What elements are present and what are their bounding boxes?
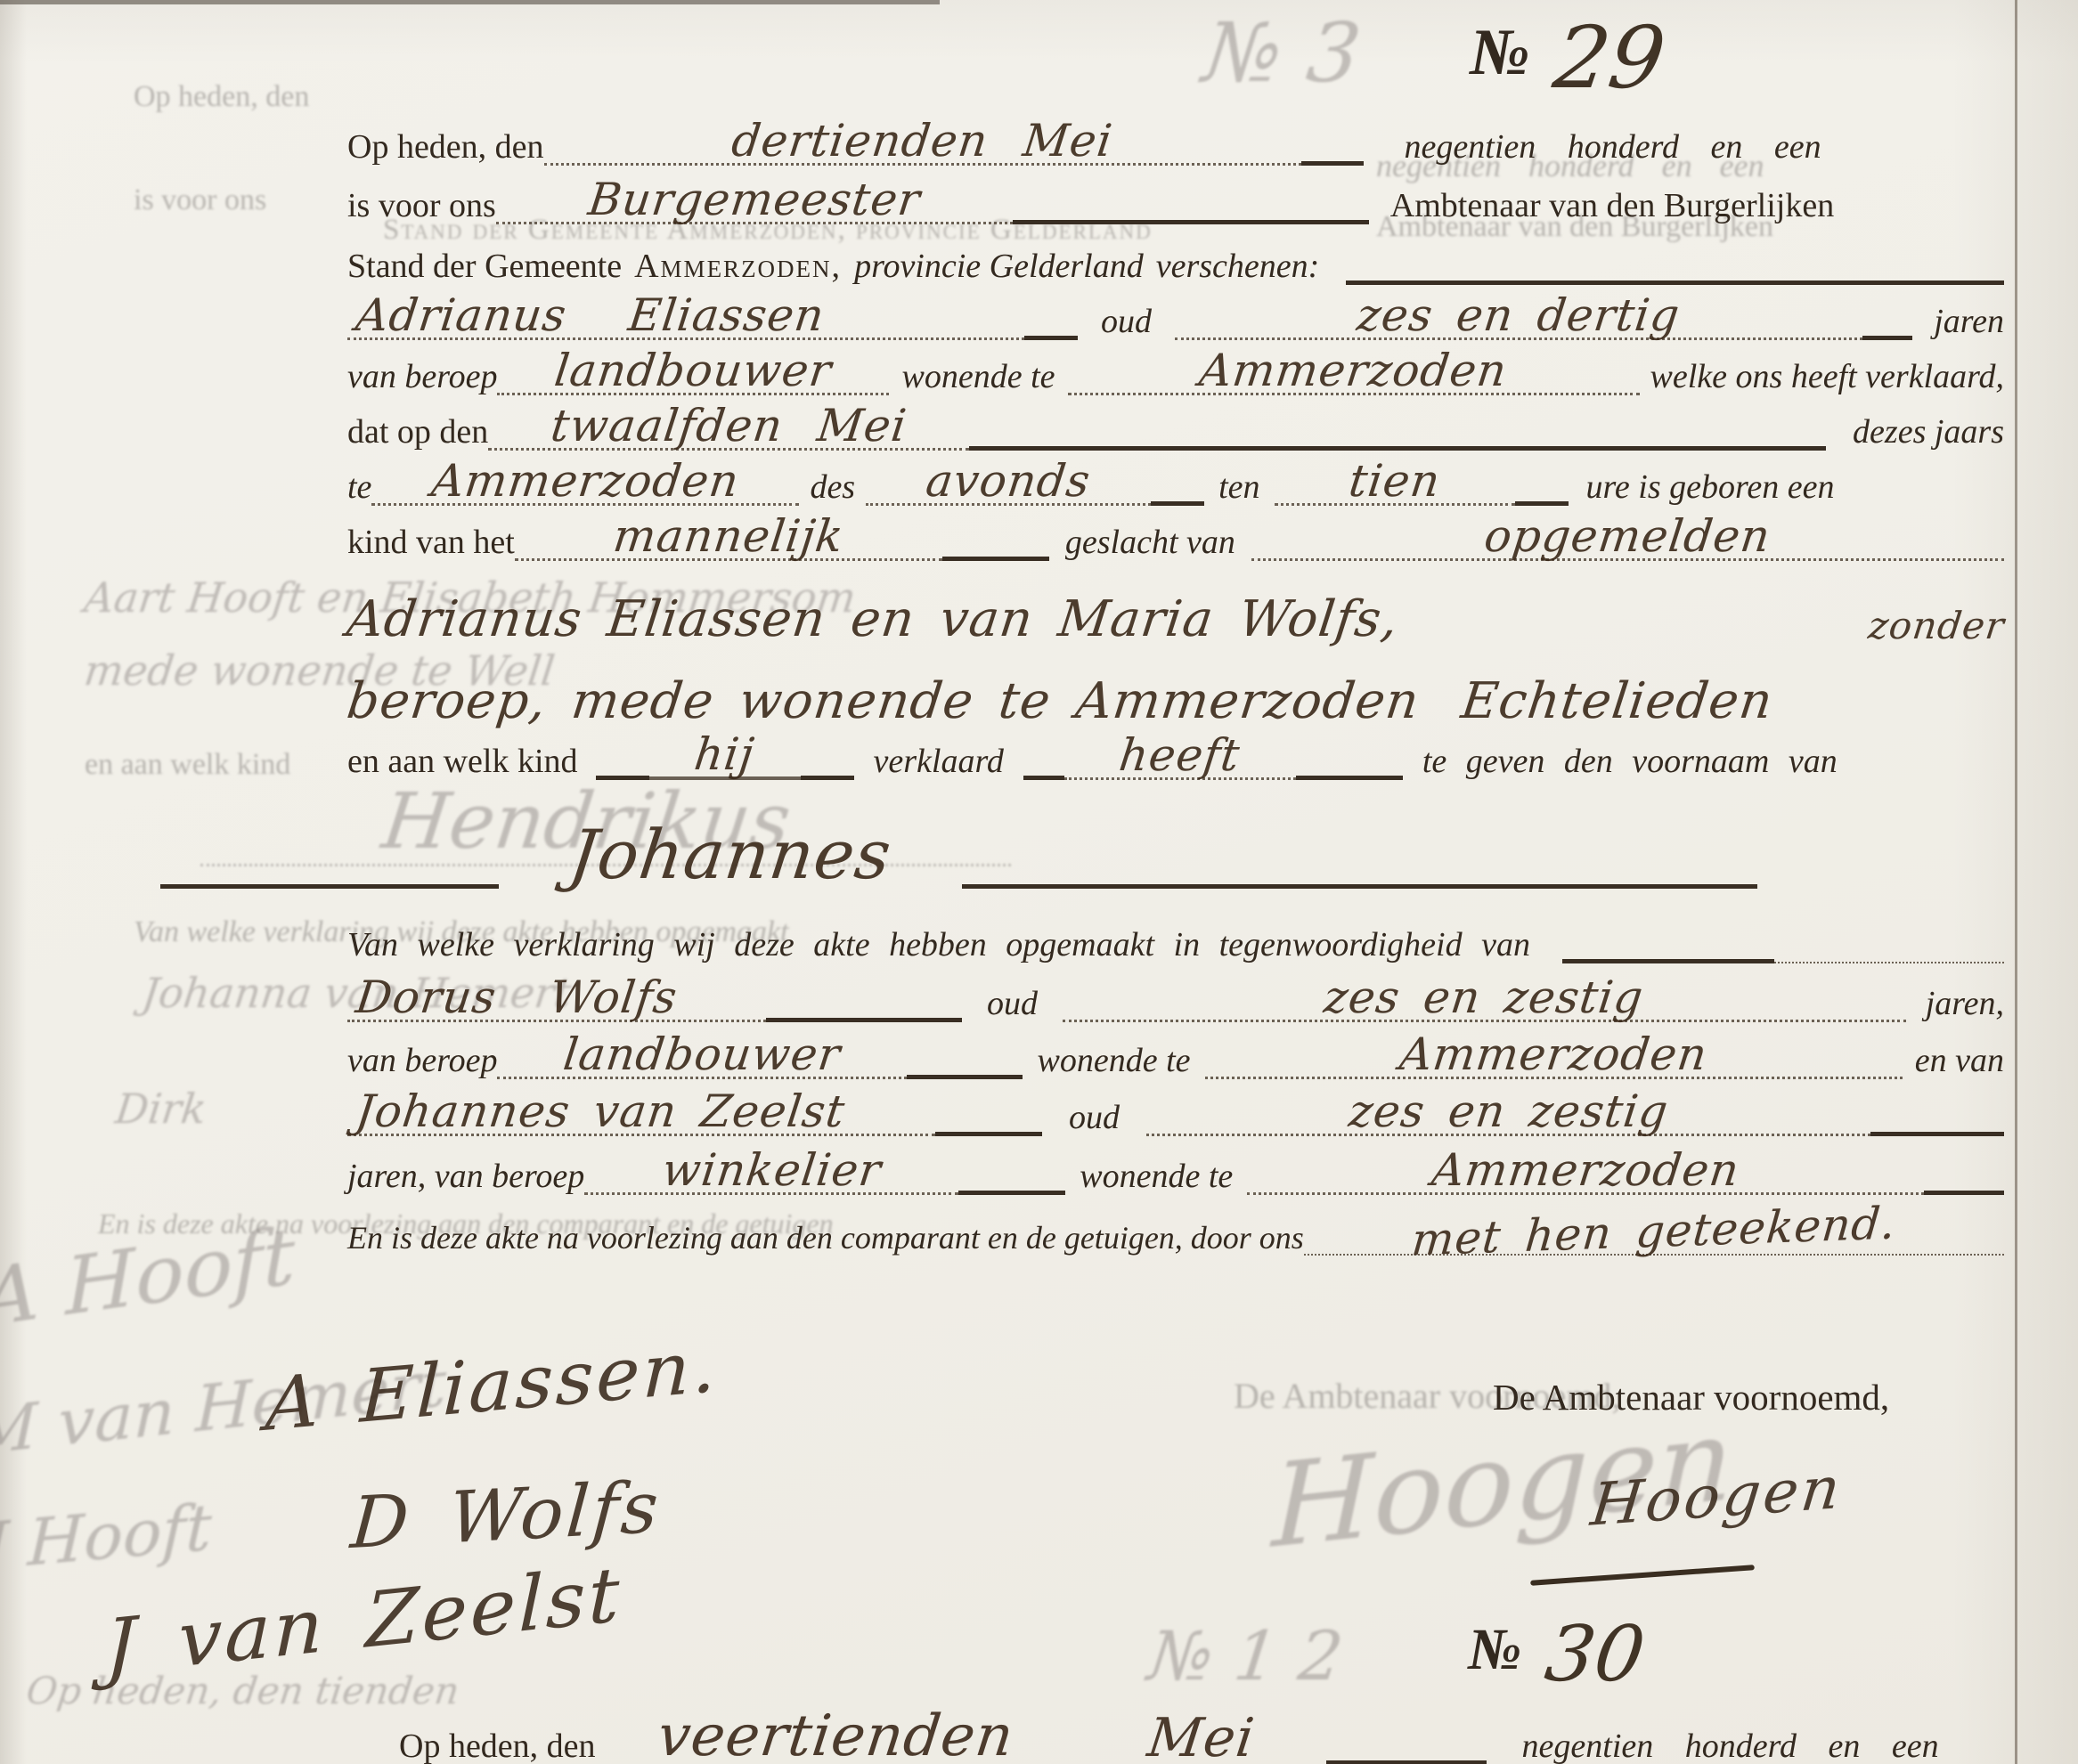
printed-text: wonende te <box>1080 1159 1233 1195</box>
bleed-through-text: is voor ons <box>134 185 266 215</box>
right-margin-rule <box>2015 0 2017 1764</box>
field-heeft: heeft <box>1064 724 1296 780</box>
printed-text: is voor ons <box>347 189 496 224</box>
printed-text: geslacht van <box>1065 525 1235 561</box>
field-witness1-age: zes en zestig <box>1063 966 1906 1022</box>
written-witness1-first: Dorus <box>354 975 499 1020</box>
printed-text: wonende te <box>1037 1044 1190 1079</box>
signature-flourish <box>1530 1565 1755 1586</box>
field-of-parents: opgemelden <box>1251 505 2004 561</box>
written-zonder: zonder <box>1866 607 2006 645</box>
printed-text: te geven den voornaam van <box>1422 744 1838 780</box>
printed-text: te <box>347 470 371 506</box>
printed-text: van beroep <box>347 1044 497 1079</box>
field-witness2-residence: Ammerzoden <box>1247 1139 1924 1195</box>
line-witness1-occupation: van beroep landbouwer wonende te Ammerzo… <box>347 1026 2004 1079</box>
written-given-name: Johannes <box>566 821 895 889</box>
field-hij: hij <box>649 723 801 780</box>
line-municipality: Stand der Gemeente Ammerzoden, provincie… <box>347 232 2004 285</box>
line-parents: Adrianus Eliassen en van Maria Wolfs, zo… <box>347 570 2004 645</box>
printed-text: jaren, <box>1926 987 2004 1022</box>
printed-text: ten <box>1218 470 1259 506</box>
numero-sign: № <box>1468 1621 1521 1679</box>
written-witness2-residence: Ammerzoden <box>1430 1148 1742 1192</box>
signature-declarant: A Eliassen. <box>265 1330 720 1443</box>
written-heeft: heeft <box>1117 733 1243 777</box>
printed-text: Stand der Gemeente <box>347 249 622 285</box>
written-month: Mei <box>1021 118 1115 163</box>
printed-text: verschenen: <box>1156 249 1320 285</box>
printed-text: dezes jaars <box>1853 415 2004 451</box>
printed-text: negentien honderd en een <box>1405 130 1821 166</box>
pen-rule <box>1013 219 1369 224</box>
printed-text: verklaard <box>874 744 1004 780</box>
written-birth-place: Ammerzoden <box>429 459 742 503</box>
line-witness-intro: Van welke verklaring wij deze akte hebbe… <box>347 910 2004 963</box>
field-birth-place: Ammerzoden <box>371 450 799 506</box>
bleed-through-text: Op heden, den <box>134 82 309 112</box>
printed-text: jaren <box>1934 305 2004 340</box>
signature-witness2: J van Zeelst <box>104 1557 623 1687</box>
printed-text: en aan welk kind <box>347 744 578 780</box>
printed-text: en van <box>1915 1044 2004 1079</box>
written-occupation: landbouwer <box>552 348 835 393</box>
bleed-through-text: A Hooft <box>0 1216 296 1339</box>
written-birth-day: twaalfden <box>548 403 785 448</box>
printed-text: oud <box>1101 305 1152 340</box>
pen-rule <box>1023 775 1064 780</box>
field-residence: Ammerzoden <box>1068 339 1640 395</box>
line-birth-date: dat op den twaalfden Mei dezes jaars <box>347 397 2004 451</box>
record-number-value: 29 <box>1550 20 1669 96</box>
pen-rule <box>942 556 1049 561</box>
line-witness1: Dorus Wolfs oud zes en zestig jaren, <box>347 969 2004 1022</box>
printed-text: ure is geboren een <box>1586 470 1835 506</box>
written-of-parents: opgemelden <box>1482 514 1773 558</box>
field-birth-day: twaalfden Mei <box>488 394 969 451</box>
written-parents-residence: beroep, mede wonende te Ammerzoden <box>345 677 1422 727</box>
written-witness1-last: Wolfs <box>547 975 680 1020</box>
pen-rule <box>766 1017 962 1022</box>
pen-rule <box>160 883 499 889</box>
line-date: Op heden, den dertienden Mei negentien h… <box>347 112 2004 166</box>
printed-text: oud <box>987 987 1038 1022</box>
line-birth-place-time: te Ammerzoden des avonds ten tien ure is… <box>347 452 2004 506</box>
printed-text: kind van het <box>347 525 515 561</box>
printed-text: En is deze akte na voorlezing aan den co… <box>347 1222 1304 1256</box>
printed-text: jaren, van beroep <box>347 1159 584 1195</box>
printed-text: oud <box>1069 1101 1120 1136</box>
field-witness1-name: Dorus Wolfs <box>347 966 766 1022</box>
official-title-line: De Ambtenaar voornoemd, <box>1493 1378 1889 1417</box>
written-witness2-age: zes en zestig <box>1346 1089 1670 1134</box>
pen-rule <box>907 1074 1023 1079</box>
printed-municipality: Ammerzoden, <box>634 249 842 285</box>
pen-rule <box>958 1190 1065 1195</box>
field-official-title: Burgemeester <box>496 168 1013 224</box>
written-age: zes en dertig <box>1355 293 1683 337</box>
field-witness1-residence: Ammerzoden <box>1205 1023 1903 1079</box>
field-occupation: landbouwer <box>497 339 889 395</box>
line-name-declaration: en aan welk kind hij verklaard heeft te … <box>347 727 2004 780</box>
bleed-through-text: № 3 <box>1199 12 1365 94</box>
field-blank <box>1774 908 2004 963</box>
written-witness2-name: Johannes van Zeelst <box>354 1089 848 1134</box>
line-occupation: van beroep landbouwer wonende te Ammerzo… <box>347 342 2004 395</box>
field-witness2-name: Johannes van Zeelst <box>347 1080 935 1136</box>
written-official-title: Burgemeester <box>586 177 923 222</box>
line-given-name: Johannes <box>160 803 1757 889</box>
field-hour: tien <box>1275 450 1515 506</box>
line-next-act-date: Op heden, den veertienden Mei negentien … <box>347 1708 2004 1764</box>
printed-text: Op heden, den <box>347 130 544 166</box>
written-hour: tien <box>1347 459 1443 503</box>
line-child-sex: kind van het mannelijk geslacht van opge… <box>347 508 2004 561</box>
printed-text: welke ons heeft verklaard, <box>1650 360 2004 395</box>
field-closing: met hen geteekend. <box>1304 1200 2004 1256</box>
pen-rule <box>1924 1190 2004 1195</box>
printed-text: Ambtenaar van den Burgerlijken <box>1390 189 1834 224</box>
written-witness1-occupation: landbouwer <box>561 1032 843 1077</box>
printed-text: provincie Gelderland <box>854 249 1144 285</box>
numero-sign: № <box>1470 20 1530 85</box>
bleed-through-text: Dirk <box>113 1088 208 1129</box>
written-hij: hij <box>692 732 757 776</box>
written-day-part: avonds <box>924 459 1093 503</box>
written-last-name: Eliassen <box>626 293 827 337</box>
written-closing: met hen geteekend. <box>1410 1201 1898 1263</box>
bleed-through-text: № 1 2 <box>1145 1622 1346 1690</box>
printed-text: des <box>810 470 855 506</box>
written-witness2-occupation: winkelier <box>660 1148 884 1192</box>
field-next-month: Mei <box>1077 1708 1326 1764</box>
line-witness2: Johannes van Zeelst oud zes en zestig <box>347 1083 2004 1136</box>
written-birth-month: Mei <box>815 403 909 448</box>
printed-text: negentien honderd en een <box>1522 1729 1939 1764</box>
field-witness2-occupation: winkelier <box>584 1139 958 1195</box>
line-witness2-occupation: jaren, van beroep winkelier wonende te A… <box>347 1142 2004 1195</box>
printed-text: wonende te <box>901 360 1055 395</box>
pen-rule <box>596 775 649 780</box>
pen-rule <box>1562 958 1774 963</box>
field-witness1-occupation: landbouwer <box>497 1023 907 1079</box>
printed-text: dat op den <box>347 415 488 451</box>
field-age: zes en dertig <box>1175 284 1862 340</box>
pen-rule <box>1151 500 1204 506</box>
pen-rule <box>1870 1131 2004 1136</box>
written-sex: mannelijk <box>611 514 846 558</box>
pen-rule <box>1862 335 1912 340</box>
written-witness1-age: zes en zestig <box>1322 975 1646 1020</box>
written-parents: Adrianus Eliassen en van Maria Wolfs, <box>345 595 1402 645</box>
printed-text: Op heden, den <box>399 1729 596 1764</box>
printed-text: van beroep <box>347 360 497 395</box>
line-declarant: Adrianus Eliassen oud zes en dertig jare… <box>347 287 2004 340</box>
field-witness2-age: zes en zestig <box>1146 1080 1870 1136</box>
record-number-30: № 30 <box>1468 1621 1644 1689</box>
field-sex: mannelijk <box>515 505 942 561</box>
pen-rule <box>1301 160 1364 166</box>
written-day: dertienden <box>729 118 990 163</box>
field-declarant-name: Adrianus Eliassen <box>347 284 1024 340</box>
pen-rule <box>962 883 1757 889</box>
written-residence: Ammerzoden <box>1197 348 1510 393</box>
written-next-day: veertienden <box>655 1708 1017 1764</box>
pen-rule <box>935 1131 1042 1136</box>
written-next-month: Mei <box>1145 1711 1258 1764</box>
written-first-name: Adrianus <box>354 293 569 337</box>
scan-top-edge <box>0 0 940 4</box>
signature-witness1: D Wolfs <box>348 1472 663 1559</box>
written-echtelieden: Echtelieden <box>1459 677 1776 727</box>
field-day-part: avonds <box>866 450 1151 506</box>
line-parents-residence: beroep, mede wonende te Ammerzoden Echte… <box>347 652 2004 727</box>
pen-rule <box>1326 1760 1487 1764</box>
signature-official: Hoogen <box>1588 1459 1846 1534</box>
scanned-birth-record-page: № 3 Op heden, den negentien honderd en e… <box>0 0 2078 1764</box>
pen-rule <box>801 775 854 780</box>
line-closing: En is deze akte na voorlezing aan den co… <box>347 1202 2004 1256</box>
pen-rule <box>1296 775 1403 780</box>
field-day: dertienden Mei <box>544 110 1301 166</box>
written-witness1-residence: Ammerzoden <box>1398 1032 1710 1077</box>
bleed-through-text: J Hooft <box>0 1495 213 1579</box>
field-next-day: veertienden <box>596 1708 1077 1764</box>
record-number-value: 30 <box>1542 1621 1649 1689</box>
record-number-29: № 29 <box>1470 20 1664 96</box>
line-official: is voor ons Burgemeester Ambtenaar van d… <box>347 171 2004 224</box>
bleed-through-text: en aan welk kind <box>85 750 290 780</box>
printed-text: Van welke verklaring wij deze akte hebbe… <box>347 928 1530 963</box>
